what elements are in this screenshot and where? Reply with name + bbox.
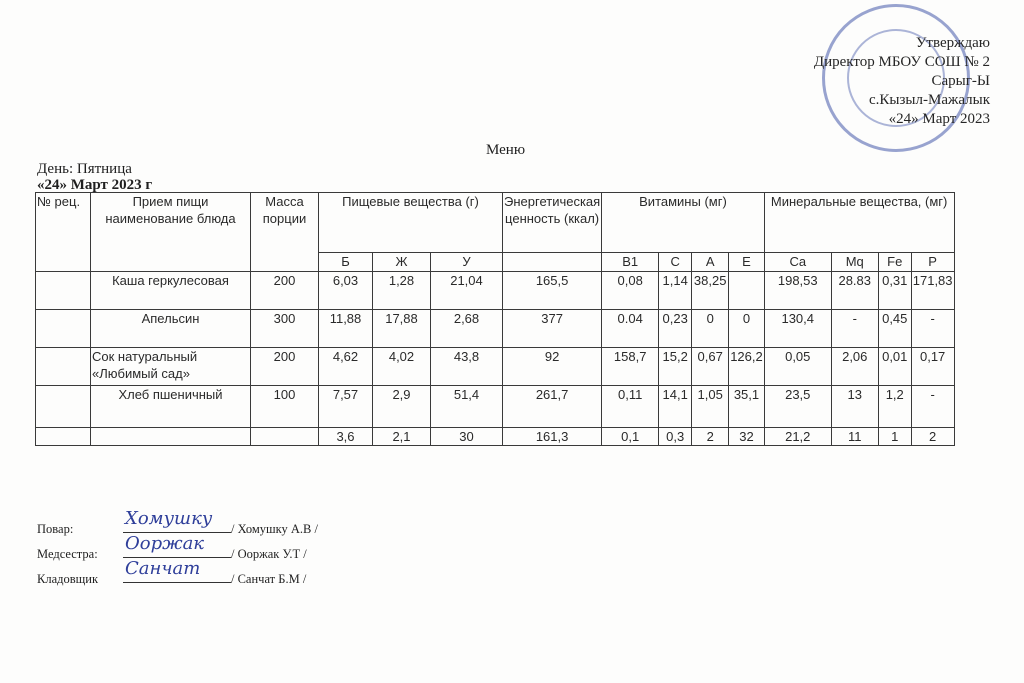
subheader-mg: Mq xyxy=(831,253,878,272)
cell-fe: 0,31 xyxy=(878,272,911,310)
approval-line: с.Кызыл-Мажалык xyxy=(814,91,990,110)
cell-mass: 200 xyxy=(251,348,319,386)
cell-u: 2,68 xyxy=(431,310,503,348)
header-recipe-no: № рец. xyxy=(36,193,91,272)
table-row: Сок натуральный «Любимый сад»2004,624,02… xyxy=(36,348,955,386)
subheader-energy xyxy=(503,253,602,272)
cell-no xyxy=(36,272,91,310)
cell-name: Апельсин xyxy=(91,310,251,348)
cell-u: 51,4 xyxy=(431,386,503,428)
cell-e: 32 xyxy=(729,428,765,446)
cell-no xyxy=(36,348,91,386)
cell-e: 35,1 xyxy=(729,386,765,428)
cell-b: 4,62 xyxy=(319,348,373,386)
cell-p: - xyxy=(911,310,954,348)
cell-ca: 23,5 xyxy=(764,386,831,428)
cell-c: 14,1 xyxy=(659,386,692,428)
cell-a: 38,25 xyxy=(692,272,729,310)
cell-mg: - xyxy=(831,310,878,348)
subheader-u: У xyxy=(431,253,503,272)
table-row: Хлеб пшеничный1007,572,951,4261,70,1114,… xyxy=(36,386,955,428)
handwritten-signature: Ооржак xyxy=(125,533,204,554)
cell-mg: 2,06 xyxy=(831,348,878,386)
cell-p: - xyxy=(911,386,954,428)
cell-a: 0,67 xyxy=(692,348,729,386)
cell-b1: 0,11 xyxy=(602,386,659,428)
handwritten-signature: Санчат xyxy=(125,558,200,579)
cell-b: 7,57 xyxy=(319,386,373,428)
cell-ca: 21,2 xyxy=(764,428,831,446)
cell-b: 6,03 xyxy=(319,272,373,310)
cell-mass xyxy=(251,428,319,446)
cell-mass: 200 xyxy=(251,272,319,310)
cell-e: 126,2 xyxy=(729,348,765,386)
cell-p: 0,17 xyxy=(911,348,954,386)
cell-b: 11,88 xyxy=(319,310,373,348)
approval-line: Директор МБОУ СОШ № 2 xyxy=(814,53,990,72)
cell-b1: 0.04 xyxy=(602,310,659,348)
signature-field: Хомушку xyxy=(123,518,231,533)
cell-a: 1,05 xyxy=(692,386,729,428)
signature-role: Повар: xyxy=(37,522,123,537)
header-vitamins: Витамины (мг) xyxy=(602,193,765,253)
approval-line: «24» Март 2023 xyxy=(814,110,990,129)
header-energy: Энергетическая ценность (ккал) xyxy=(503,193,602,253)
cell-b1: 158,7 xyxy=(602,348,659,386)
cell-name: Каша геркулесовая xyxy=(91,272,251,310)
handwritten-signature: Хомушку xyxy=(125,508,212,529)
cell-e xyxy=(729,272,765,310)
cell-name: Хлеб пшеничный xyxy=(91,386,251,428)
subheader-p: P xyxy=(911,253,954,272)
subheader-b: Б xyxy=(319,253,373,272)
day-label: День: Пятница xyxy=(37,161,132,178)
signature-field: Санчат xyxy=(123,568,231,583)
cell-no xyxy=(36,310,91,348)
cell-ca: 0,05 xyxy=(764,348,831,386)
cell-p: 2 xyxy=(911,428,954,446)
cell-mg: 13 xyxy=(831,386,878,428)
subheader-fe: Fe xyxy=(878,253,911,272)
cell-zh: 4,02 xyxy=(373,348,431,386)
cell-e: 0 xyxy=(729,310,765,348)
approval-line: Утверждаю xyxy=(814,34,990,53)
subheader-c: C xyxy=(659,253,692,272)
cell-no xyxy=(36,428,91,446)
cell-mg: 11 xyxy=(831,428,878,446)
cell-zh: 2,1 xyxy=(373,428,431,446)
signature-line: КладовщикСанчат/ Санчат Б.М / xyxy=(37,568,306,587)
page-title: Меню xyxy=(486,142,525,159)
cell-c: 0,23 xyxy=(659,310,692,348)
cell-c: 0,3 xyxy=(659,428,692,446)
cell-c: 15,2 xyxy=(659,348,692,386)
cell-fe: 0,45 xyxy=(878,310,911,348)
table-row: Каша геркулесовая2006,031,2821,04165,50,… xyxy=(36,272,955,310)
signature-name: / Санчат Б.М / xyxy=(231,572,306,586)
approval-line: Сарыг-Ы xyxy=(814,72,990,91)
cell-kcal: 377 xyxy=(503,310,602,348)
cell-name: Сок натуральный «Любимый сад» xyxy=(91,348,251,386)
cell-b1: 0,1 xyxy=(602,428,659,446)
table-row: Апельсин30011,8817,882,683770.040,230013… xyxy=(36,310,955,348)
signature-role: Кладовщик xyxy=(37,572,123,587)
cell-kcal: 261,7 xyxy=(503,386,602,428)
cell-b1: 0,08 xyxy=(602,272,659,310)
cell-ca: 198,53 xyxy=(764,272,831,310)
header-nutrients: Пищевые вещества (г) xyxy=(319,193,503,253)
cell-b: 3,6 xyxy=(319,428,373,446)
cell-fe: 0,01 xyxy=(878,348,911,386)
cell-mass: 100 xyxy=(251,386,319,428)
signature-name: / Ооржак У.Т / xyxy=(231,547,307,561)
cell-kcal: 161,3 xyxy=(503,428,602,446)
approval-block: Утверждаю Директор МБОУ СОШ № 2 Сарыг-Ы … xyxy=(814,34,990,129)
cell-c: 1,14 xyxy=(659,272,692,310)
cell-name xyxy=(91,428,251,446)
subheader-a: A xyxy=(692,253,729,272)
header-row: № рец. Прием пищи наименование блюда Мас… xyxy=(36,193,955,253)
subheader-zh: Ж xyxy=(373,253,431,272)
cell-ca: 130,4 xyxy=(764,310,831,348)
cell-a: 2 xyxy=(692,428,729,446)
menu-table: № рец. Прием пищи наименование блюда Мас… xyxy=(35,192,955,446)
cell-kcal: 165,5 xyxy=(503,272,602,310)
header-minerals: Минеральные вещества, (мг) xyxy=(764,193,954,253)
cell-zh: 1,28 xyxy=(373,272,431,310)
cell-u: 43,8 xyxy=(431,348,503,386)
cell-p: 171,83 xyxy=(911,272,954,310)
subheader-e: E xyxy=(729,253,765,272)
table-row: 3,62,130161,30,10,323221,21112 xyxy=(36,428,955,446)
signature-role: Медсестра: xyxy=(37,547,123,562)
cell-zh: 2,9 xyxy=(373,386,431,428)
cell-fe: 1,2 xyxy=(878,386,911,428)
cell-a: 0 xyxy=(692,310,729,348)
cell-kcal: 92 xyxy=(503,348,602,386)
subheader-ca: Ca xyxy=(764,253,831,272)
header-portion: Масса порции xyxy=(251,193,319,272)
signature-field: Ооржак xyxy=(123,543,231,558)
subheader-b1: B1 xyxy=(602,253,659,272)
header-meal-name: Прием пищи наименование блюда xyxy=(91,193,251,272)
cell-u: 30 xyxy=(431,428,503,446)
signature-name: / Хомушку А.В / xyxy=(231,522,318,536)
cell-mass: 300 xyxy=(251,310,319,348)
cell-zh: 17,88 xyxy=(373,310,431,348)
cell-no xyxy=(36,386,91,428)
cell-fe: 1 xyxy=(878,428,911,446)
cell-u: 21,04 xyxy=(431,272,503,310)
cell-mg: 28.83 xyxy=(831,272,878,310)
